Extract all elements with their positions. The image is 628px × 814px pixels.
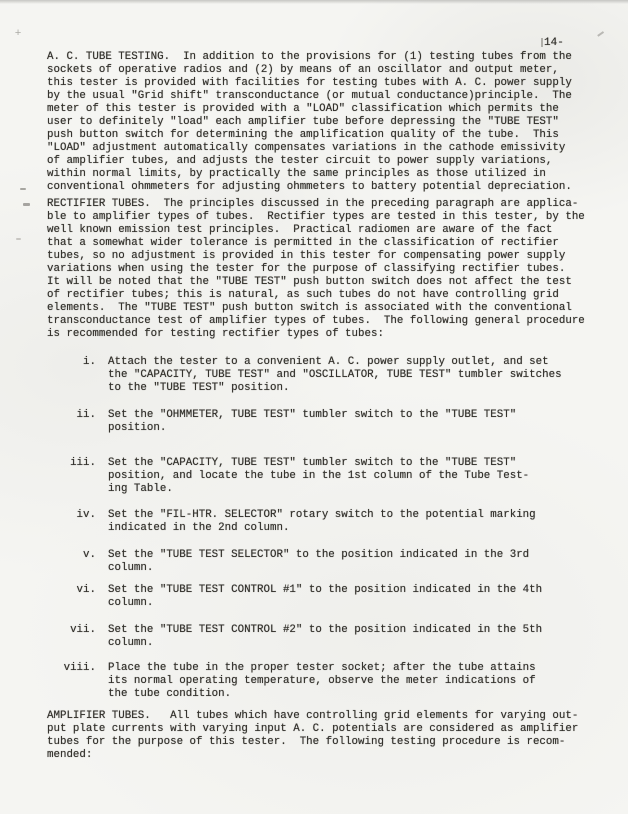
page-number: 14- (544, 37, 564, 50)
paragraph-rectifier-tubes: RECTIFIER TUBES. The principles discusse… (47, 198, 603, 341)
step-numeral: v. (36, 549, 96, 562)
step-numeral: vi. (36, 584, 96, 597)
scan-speck (20, 188, 26, 190)
step-numeral: iii. (36, 457, 96, 470)
step-numeral: i. (36, 356, 96, 369)
step-text: Place the tube in the proper tester sock… (108, 662, 586, 701)
step-text: Set the "TUBE TEST CONTROL #2" to the po… (108, 624, 586, 650)
scan-artifact (541, 38, 543, 47)
scanned-document-page: + 14- A. C. TUBE TESTING. In addition to… (0, 0, 628, 814)
step-text: Set the "TUBE TEST CONTROL #1" to the po… (108, 584, 586, 610)
scan-speck (23, 203, 30, 206)
step-numeral: ii. (36, 409, 96, 422)
step-text: Set the "TUBE TEST SELECTOR" to the posi… (108, 549, 586, 575)
step-numeral: vii. (36, 624, 96, 637)
paragraph-ac-tube-testing: A. C. TUBE TESTING. In addition to the p… (47, 51, 603, 194)
step-text: Set the "FIL-HTR. SELECTOR" rotary switc… (108, 509, 586, 535)
step-text: Attach the tester to a convenient A. C. … (108, 356, 586, 395)
pencil-mark: + (11, 27, 25, 41)
step-numeral: viii. (36, 662, 96, 675)
scan-speck (16, 238, 21, 240)
paragraph-amplifier-tubes: AMPLIFIER TUBES. All tubes which have co… (47, 710, 603, 762)
step-text: Set the "OHMMETER, TUBE TEST" tumbler sw… (108, 409, 586, 435)
scan-artifact (597, 31, 604, 36)
step-text: Set the "CAPACITY, TUBE TEST" tumbler sw… (108, 457, 586, 496)
scan-edge-shadow (0, 0, 628, 4)
step-numeral: iv. (36, 509, 96, 522)
